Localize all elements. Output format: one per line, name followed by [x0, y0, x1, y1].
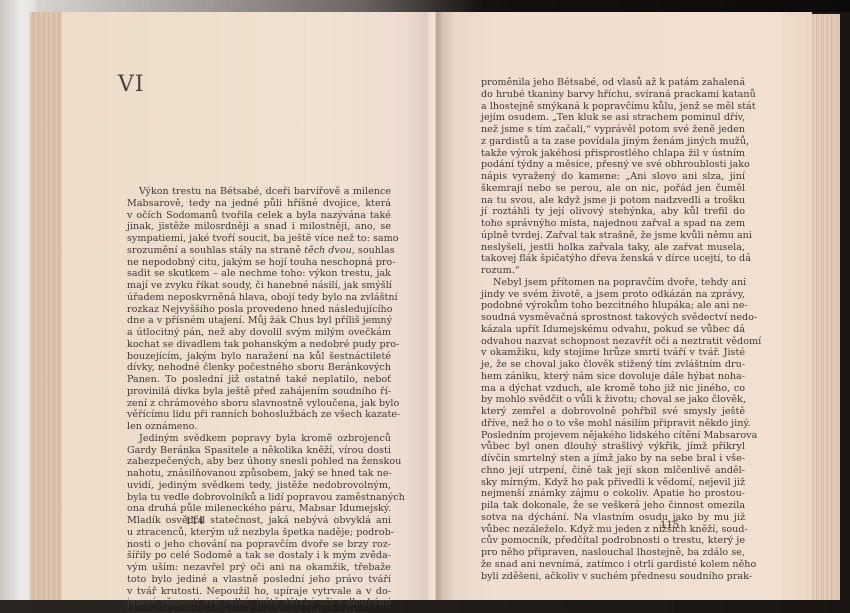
left-text-line: bouzejícím, jakým bylo naražení na kůl š… [127, 351, 391, 363]
right-text-line: vůbec byl onen dlouhý strašlivý výkřik, … [481, 441, 745, 453]
left-page-text: Výkon trestu na Bétsabé, dceři barvířově… [127, 186, 391, 613]
right-text-line: než jsme s tím začali,“ vyprávěl potom s… [481, 124, 745, 136]
left-text-line: Mladík osvědčil statečnost, jaká nebývá … [127, 515, 391, 527]
chapter-heading: VI [118, 72, 145, 97]
background-top [36, 0, 850, 12]
right-text-line: takže výrok jakéhosi přisprostlého chlap… [481, 148, 745, 160]
left-text-line: len oznámeno. [127, 421, 391, 433]
right-text-line: dříve, než ho o to vše mohl násilím přip… [481, 418, 745, 430]
page-number-left: 114 [185, 516, 204, 527]
left-text-line: v očích Sodomanů tvořila celek a byla na… [127, 210, 391, 222]
left-text-line: Panen. To poslední již ostatně také nepl… [127, 374, 391, 386]
right-text-line: Nebyl jsem přítomen na popravčím dvoře, … [481, 277, 745, 289]
right-text-line: rozum.“ [481, 265, 745, 277]
left-text-line: byla tu vedle dobrovolníků a lidí poprav… [127, 492, 391, 504]
right-text-line: úplně tvrdej. Zařval tak strašně, že jsm… [481, 230, 745, 242]
left-text-line: Mabsarově, tedy na jedné půli hříšné dvo… [127, 198, 391, 210]
page-edges-right [812, 14, 840, 604]
right-text-line: odvahou nazvat schopnost nezavřít oči a … [481, 336, 745, 348]
left-text-line: a útlocitný pán, než aby dovolil svým mi… [127, 327, 391, 339]
right-text-line: hem zániku, který nám sice dovoluje dále… [481, 371, 745, 383]
right-text-line: neslyšeli, jestli holka zařvala taky, al… [481, 242, 745, 254]
page-edges-left [30, 12, 64, 606]
right-text-line: z gardistů a ta zase povídala jiným žená… [481, 136, 745, 148]
right-text-line: podání týdny a měsíce, přesný ve své obh… [481, 159, 745, 171]
right-text-line: do hrubé tkaniny barvy hříchu, svíraná p… [481, 89, 745, 101]
right-text-line: v okamžiku, kdy stojíme hrůze smrti tvář… [481, 347, 745, 359]
left-text-line: u ztracenců, kterým už nezbyla špetka na… [127, 527, 391, 539]
right-text-line: škemrají nebo se perou, ale on nic, pořá… [481, 183, 745, 195]
right-text-line: a lhostejně smýkaná k popravčímu kůlu, j… [481, 101, 745, 113]
left-text-line: věřícímu lidu při ranních bohoslužbách z… [127, 409, 391, 421]
right-text-line: proměnila jeho Bétsabé, od vlasů až k pa… [481, 77, 745, 89]
right-text-line: chno její utrpení, čině tak její skon ml… [481, 465, 745, 477]
left-text-line: úřadem neposkvrněná hlava, obojí tedy by… [127, 292, 391, 304]
right-text-line: Posledním projevem nějakého lidského cít… [481, 430, 745, 442]
right-text-line: nejmenší známky zájmu o cokoliv. Apatie … [481, 488, 745, 500]
left-text-line: zení z chrámového sboru slavnostně vylou… [127, 398, 391, 410]
left-text-line: Výkon trestu na Bétsabé, dceři barvířově… [127, 186, 391, 198]
right-text-line: ma a dýchat vzduch, ale kromě toho již n… [481, 383, 745, 395]
left-text-line: provinilá dívka byla ještě před zahájení… [127, 386, 391, 398]
right-text-line: takovej flák špičatýho dřeva ženská v dí… [481, 253, 745, 265]
left-text-line: Gardy Beránka Spasitele a několika kněží… [127, 445, 391, 457]
left-text-line: mají ve zvyku říkat soudy, či hanebné ná… [127, 280, 391, 292]
right-text-line: pro něho připraven, naslouchal lhostejně… [481, 547, 745, 559]
left-text-line: ona druhá půle mileneckého páru, Mabsar … [127, 503, 391, 515]
left-text-line: zabezpečených, aby bez úhony snesli pohl… [127, 456, 391, 468]
left-text-line: toto bylo jediné a vlastně poslední jeho… [127, 574, 391, 586]
right-text-line: dívčin smrtelný sten a jímž jako by na s… [481, 453, 745, 465]
right-text-line: toho správnýho místa, najednou zařval a … [481, 218, 745, 230]
right-text-line: kázala upřít Idumejskému odvahu, pokud s… [481, 324, 745, 336]
right-text-line: byli zděšeni, ačkoliv v suchém přednesu … [481, 571, 745, 583]
page-number-right: 115 [660, 520, 679, 531]
right-text-line: vůbec nezáleželo. Když mu jeden z nižšíc… [481, 524, 745, 536]
right-text-line: že snad ani nevnímá, zatímco i otrlí gar… [481, 559, 745, 571]
left-text-line: sadit se skutkem – ale nechme toho: výko… [127, 268, 391, 280]
right-text-line: jí roztáhli ty její olivový stehýnka, ab… [481, 206, 745, 218]
right-text-line: by mohlo svědčit o vůli k životu; choval… [481, 394, 745, 406]
left-text-line: vým uším: nezavřel prý oči ani na okamži… [127, 562, 391, 574]
left-text-line: nahotu, znásilňovanou způsobem, jaký se … [127, 468, 391, 480]
left-text-line: šířily po celé Sodomě a tak se dostaly i… [127, 550, 391, 562]
left-text-line: srozumění a souhlas stály na straně těch… [127, 245, 391, 257]
right-text-line: cův pomocník, předčítal podrobnosti o tr… [481, 535, 745, 547]
left-text-line: dne a v přísném utajení. Můj žák Chus by… [127, 315, 391, 327]
right-text-line: jejím osudem. „Ten kluk se asi strachem … [481, 112, 745, 124]
left-text-line: kochat se divadlem tak pohanským a nedob… [127, 339, 391, 351]
left-text-line: jemnými brvami na černý nehybný balík, v… [127, 609, 391, 613]
book-gutter [428, 12, 444, 602]
left-text-line: sympatiemi, jaké tvoří soucit, ba ještě … [127, 233, 391, 245]
right-text-line: který zemřel a dobrovolně pohřbil své sm… [481, 406, 745, 418]
right-text-line: soudná vysměvačná sprostnost takových sv… [481, 312, 745, 324]
left-text-line: Jediným svědkem popravy byla kromě ozbro… [127, 433, 391, 445]
right-text-line: sotva na dýchání. Na vlastním osudu jako… [481, 512, 745, 524]
left-text-line: jinak, jistěže milosrdněji a snad i milo… [127, 221, 391, 233]
left-text-line: jemné věrnosti své velké, ještě dětské o… [127, 597, 391, 609]
left-text-line: rozkaz Nejvyššího posla provedeno hned n… [127, 304, 391, 316]
right-text-line: pila tak dokonale, že se veškerá jeho či… [481, 500, 745, 512]
left-text-line: dívky, nehodné členky počestného sboru B… [127, 362, 391, 374]
left-text-line: ne nepodobný citu, jakým se hojí touha n… [127, 257, 391, 269]
right-text-line: na tu svou, ale když jsme ji potom nadzv… [481, 195, 745, 207]
right-text-line: podobné výrokům toho bezcitného hlupáka;… [481, 300, 745, 312]
right-text-line: nápis vyražený do kamene: „Ani slovo ani… [481, 171, 745, 183]
left-text-line: nosti o jeho chování na popravčím dvoře … [127, 539, 391, 551]
left-text-line: uvidí, jediným svědkem tedy, jistěže ned… [127, 480, 391, 492]
right-text-line: sky mírným. Když ho pak přivedli k vědom… [481, 477, 745, 489]
left-text-line: v tvář krutosti. Nepoužil ho, upíraje vy… [127, 586, 391, 598]
right-page-text: proměnila jeho Bétsabé, od vlasů až k pa… [481, 77, 745, 582]
right-text-line: je, že se choval jako člověk stižený tím… [481, 359, 745, 371]
right-text-line: jindy ve svém životě, a jsem proto odkáz… [481, 289, 745, 301]
